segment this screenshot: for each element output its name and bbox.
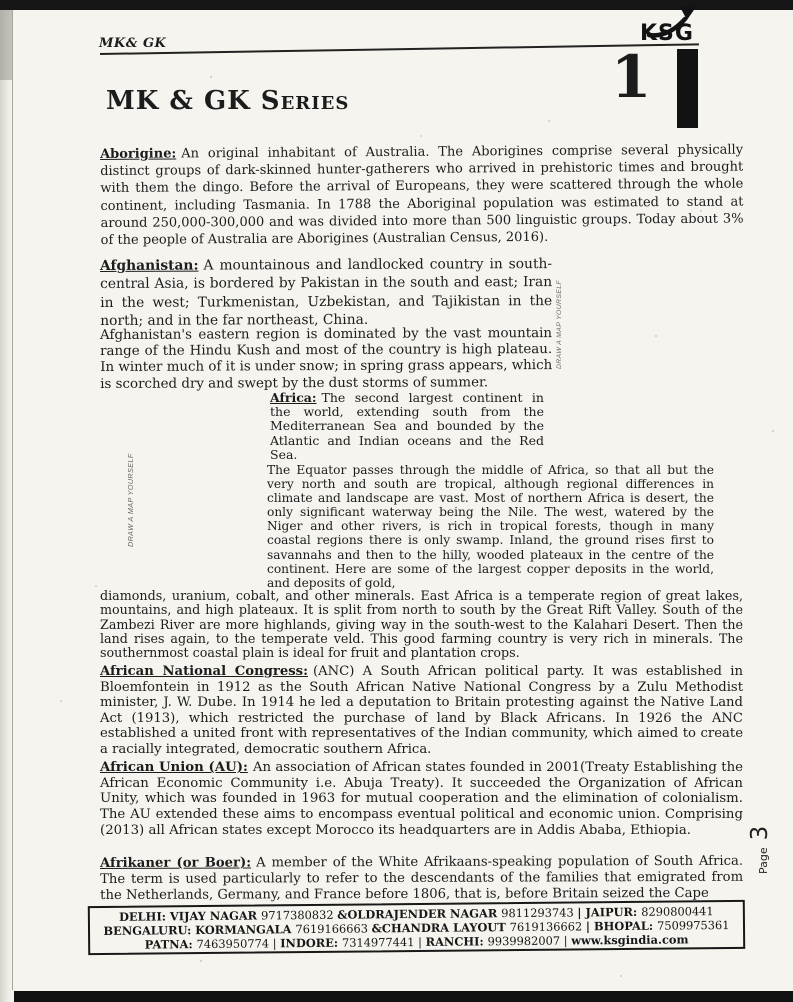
footer-segment: PATNA:	[145, 937, 197, 951]
entry-term-africa: Africa:	[270, 390, 317, 405]
entry-african-national-congress: African National Congress:(ANC) A South …	[100, 664, 743, 758]
footer-segment: 9939982007 |	[488, 933, 572, 948]
entry-afghanistan-paragraph-2: Afghanistan's eastern region is dominate…	[100, 326, 552, 393]
footer-segment: 7463950774 |	[197, 936, 281, 951]
footer-website: www.ksgindia.com	[571, 932, 688, 947]
entry-term-aborigine: Aborigine:	[100, 146, 176, 162]
margin-note-draw-map-right: DRAW A MAP YOURSELF	[556, 280, 563, 369]
entry-text-afghanistan-2: Afghanistan's eastern region is dominate…	[100, 326, 552, 392]
chapter-number-bar	[677, 49, 698, 128]
footer-segment: INDORE:	[280, 935, 342, 950]
entry-africa-paragraph-2-narrow: The Equator passes through the middle of…	[267, 463, 714, 590]
footer-segment: 8290800441	[641, 904, 714, 919]
page-number-label: Page	[757, 847, 770, 874]
entry-africa-paragraph-2-wide: diamonds, uranium, cobalt, and other min…	[100, 589, 743, 660]
margin-note-draw-map-left: DRAW A MAP YOURSELF	[126, 453, 135, 547]
entry-afghanistan: Afghanistan:A mountainous and landlocked…	[100, 255, 552, 331]
footer-segment: DELHI: VIJAY NAGAR	[119, 908, 261, 923]
page-title: MK & GK Series	[106, 86, 349, 116]
entry-term-afrikaner: Afrikaner (or Boer):	[100, 855, 251, 871]
chapter-number: 1	[611, 48, 651, 106]
entry-term-anc: African National Congress:	[100, 664, 308, 679]
running-head: MK& GK	[99, 36, 166, 51]
scan-bottom-black-bar	[14, 991, 793, 1002]
header-rule-line	[100, 43, 699, 54]
entry-afrikaner: Afrikaner (or Boer):A member of the Whit…	[100, 854, 743, 904]
footer-segment: &CHANDRA LAYOUT	[371, 920, 509, 935]
footer-segment: | BHOPAL:	[586, 918, 657, 933]
scanned-book-page: MK& GK KSG 1 MK & GK Series Aborigine:An…	[0, 0, 793, 1002]
footer-segment: 7619166663	[295, 921, 371, 936]
entry-text-africa-2-narrow: The Equator passes through the middle of…	[267, 463, 714, 590]
footer-segment: 7619136662	[510, 919, 586, 934]
footer-segment: | JAIPUR:	[577, 904, 641, 919]
ksg-logo: KSG	[639, 4, 703, 44]
arrowhead-icon	[680, 4, 698, 20]
scan-noise-speckles	[0, 0, 2, 2]
footer-contact-box: DELHI: VIJAY NAGAR 9717380832 &OLDRAJEND…	[88, 900, 745, 955]
page-number-rotated: Page 3	[747, 826, 773, 874]
entry-term-african-union: African Union (AU):	[100, 760, 248, 775]
ksg-logo-graphic: KSG	[639, 4, 703, 44]
entry-text-africa-2-wide: diamonds, uranium, cobalt, and other min…	[100, 588, 743, 660]
footer-segment: 7509975361	[657, 917, 730, 932]
entry-africa: Africa:The second largest continent in t…	[270, 391, 544, 462]
footer-segment: 9717380832	[261, 907, 337, 922]
entry-text-aborigine: An original inhabitant of Australia. The…	[100, 143, 743, 249]
entry-african-union: African Union (AU):An association of Afr…	[100, 760, 743, 839]
entry-aborigine: Aborigine:An original inhabitant of Aust…	[100, 142, 744, 250]
footer-segment: RANCHI:	[426, 934, 488, 949]
entry-term-afghanistan: Afghanistan:	[100, 258, 199, 274]
footer-segment: 7314977441 |	[342, 934, 426, 949]
scan-edge-line	[12, 8, 13, 990]
page-number-value: 3	[747, 826, 773, 841]
footer-segment: 9811293743	[501, 905, 577, 920]
